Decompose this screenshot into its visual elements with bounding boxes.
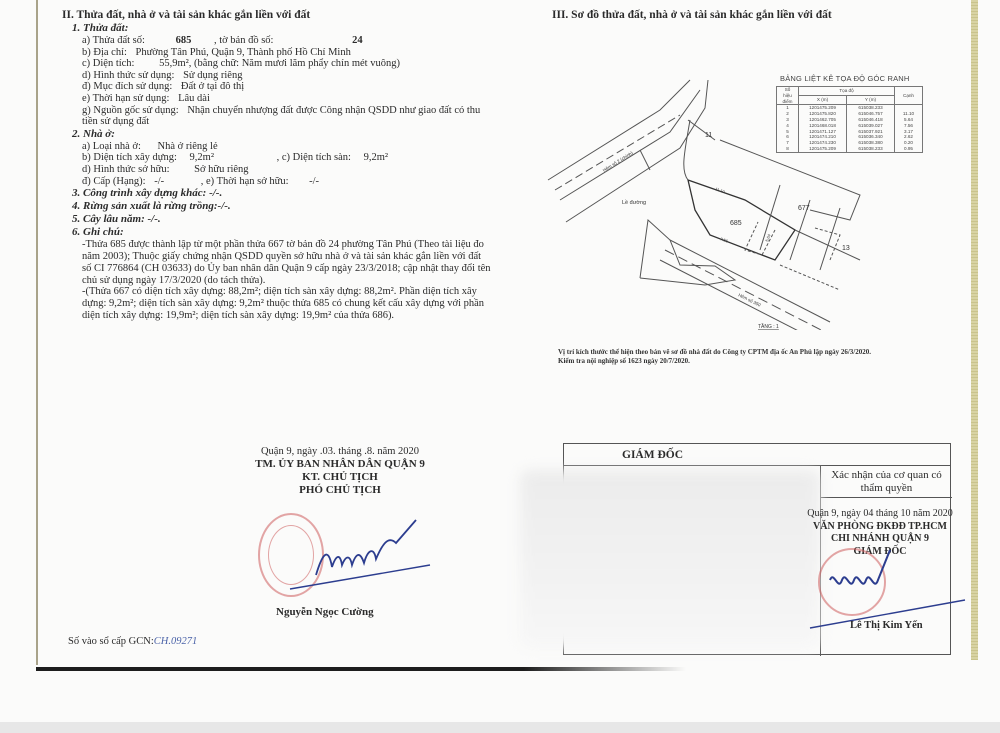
section-ii-title: II. Thửa đất, nhà ở và tài sản khác gắn … xyxy=(62,8,532,22)
map-label-13: 13 xyxy=(842,245,850,252)
signature-right xyxy=(800,540,970,630)
perennial: 5. Cây lâu năm: -/-. xyxy=(72,213,532,226)
map-label-11: 11 xyxy=(705,132,712,139)
use-term-value: Lâu dài xyxy=(178,93,210,104)
diagram-note: Vị trí kích thước thể hiện theo bản vẽ s… xyxy=(558,348,878,366)
sign-title-1: KT. CHỦ TỊCH xyxy=(230,471,450,484)
col-x: X (m) xyxy=(799,96,847,105)
coord-table-body: 11201475.209615038.23321201475.820615046… xyxy=(777,105,923,152)
office-name: VĂN PHÒNG ĐKĐĐ TP.HCM xyxy=(805,521,955,534)
map-label-685: 685 xyxy=(730,220,742,227)
map-label-road-top: Hẻm số 2 (chính) xyxy=(602,150,634,173)
address-label: b) Địa chỉ: xyxy=(82,47,127,58)
address-value: Phường Tân Phú, Quận 9, Thành phố Hồ Chí… xyxy=(136,47,351,58)
grade-label: đ) Cấp (Hạng): xyxy=(82,176,146,187)
certificate-page: II. Thửa đất, nhà ở và tài sản khác gắn … xyxy=(0,0,1000,733)
section-iii: III. Sơ đồ thửa đất, nhà ở và tài sản kh… xyxy=(552,8,962,22)
bottom-rule xyxy=(36,667,686,671)
house-heading: 2. Nhà ở: xyxy=(72,128,532,141)
note-2: -(Thửa 667 có diện tích xây dựng: 88,2m²… xyxy=(82,286,492,321)
origin-line: g) Nguồn gốc sử dụng: Nhận chuyển nhượng… xyxy=(82,105,482,128)
section-iii-title: III. Sơ đồ thửa đất, nhà ở và tài sản kh… xyxy=(552,8,962,22)
land-heading: 1. Thửa đất: xyxy=(72,22,532,35)
gcn-number: CH.09271 xyxy=(154,636,197,647)
parcel-number: 685 xyxy=(176,35,192,46)
sign-date-right: Quận 9, ngày 04 tháng 10 năm 2020 xyxy=(805,508,955,521)
floor-area-value: 9,2m² xyxy=(364,152,388,163)
edge-cell: 0.95 xyxy=(895,146,923,152)
house-type-value: Nhà ở riêng lẻ xyxy=(158,141,218,152)
ownership-value: Sở hữu riêng xyxy=(194,164,248,175)
grade-value: -/- xyxy=(154,176,164,187)
sign-date-left: Quận 9, ngày .03. tháng .8. năm 2020 xyxy=(230,446,450,458)
floor-area-label: , c) Diện tích sàn: xyxy=(277,152,351,163)
redacted-region xyxy=(520,470,820,648)
coord-row: 81201475.209615038.2330.95 xyxy=(777,146,923,152)
use-term-line: e) Thời hạn sử dụng: Lâu dài xyxy=(82,93,532,105)
gcn-register: Số vào sổ cấp GCN:CH.09271 xyxy=(68,636,197,647)
coord-table-title: BẢNG LIỆT KÊ TỌA ĐỘ GÓC RANH xyxy=(780,74,910,83)
address-line: b) Địa chỉ: Phường Tân Phú, Quận 9, Thàn… xyxy=(82,47,532,59)
map-label-677: 677 xyxy=(798,205,810,212)
built-area-label: b) Diện tích xây dựng: xyxy=(82,152,177,163)
house-type-line: a) Loại nhà ở: Nhà ở riêng lẻ xyxy=(82,141,532,153)
y-cell: 615038.233 xyxy=(847,146,895,152)
ownership-line: d) Hình thức sở hữu: Sở hữu riêng xyxy=(82,164,532,176)
signature-left xyxy=(280,515,440,595)
area-line: c) Diện tích: 55,9m², (bằng chữ: Năm mươ… xyxy=(82,58,532,70)
x-cell: 1201475.209 xyxy=(799,146,847,152)
col-y: Y (m) xyxy=(847,96,895,105)
area-value: 55,9m², (bằng chữ: Năm mươi lăm phẩy chí… xyxy=(159,58,400,69)
col-edge: Cạnh xyxy=(895,87,923,105)
other-works: 3. Công trình xây dựng khác: -/-. xyxy=(72,187,532,200)
map-label-sidewalk: Lề đường xyxy=(622,200,646,206)
use-form-label: d) Hình thức sử dụng: xyxy=(82,70,174,81)
sign-title-2: PHÓ CHỦ TỊCH xyxy=(230,484,450,497)
col-point: Số hiệu điểm xyxy=(777,87,799,105)
note-1: -Thửa 685 được thành lập từ một phần thử… xyxy=(82,239,492,286)
area-label: c) Diện tích: xyxy=(82,58,134,69)
page-left-edge xyxy=(36,0,38,665)
own-term-label: , e) Thời hạn sở hữu: xyxy=(201,176,289,187)
signer-left: Nguyễn Ngọc Cường xyxy=(276,606,374,618)
section-ii: II. Thửa đất, nhà ở và tài sản khác gắn … xyxy=(62,8,532,322)
col-coord: Tọa độ xyxy=(799,87,895,96)
parcel-label: a) Thửa đất số: xyxy=(82,35,145,46)
built-area-line: b) Diện tích xây dựng: 9,2m² , c) Diện t… xyxy=(82,152,532,164)
use-form-line: d) Hình thức sử dụng: Sử dụng riêng xyxy=(82,70,532,82)
map-sheet-label: , tờ bản đồ số: xyxy=(214,35,274,46)
house-type-label: a) Loại nhà ở: xyxy=(82,141,141,152)
background-edge xyxy=(0,722,1000,733)
map-label-floor: TẦNG : 1 xyxy=(758,323,779,330)
grade-line: đ) Cấp (Hạng): -/- , e) Thời hạn sở hữu:… xyxy=(82,176,532,188)
authority-header: Xác nhận của cơ quan có thẩm quyền xyxy=(821,466,952,498)
ownership-label: d) Hình thức sở hữu: xyxy=(82,164,170,175)
section-iv-title: GIÁM ĐỐC xyxy=(564,444,950,466)
use-term-label: e) Thời hạn sử dụng: xyxy=(82,93,169,104)
use-purpose-value: Đất ở tại đô thị xyxy=(181,81,244,92)
origin-label: g) Nguồn gốc sử dụng: xyxy=(82,105,179,116)
use-form-value: Sử dụng riêng xyxy=(183,70,242,81)
use-purpose-line: đ) Mục đích sử dụng: Đất ở tại đô thị xyxy=(82,81,532,93)
notes-heading: 6. Ghi chú: xyxy=(72,226,532,239)
signature-block-left: Quận 9, ngày .03. tháng .8. năm 2020 TM.… xyxy=(230,446,450,497)
built-area-value: 9,2m² xyxy=(190,152,214,163)
forest: 4. Rừng sản xuất là rừng trồng:-/-. xyxy=(72,200,532,213)
map-label-road-bottom: Hẻm số 350 xyxy=(738,292,762,307)
parcel-line: a) Thửa đất số: 685 , tờ bản đồ số: 24 xyxy=(82,35,532,47)
sign-org: TM. ỦY BAN NHÂN DÂN QUẬN 9 xyxy=(230,458,450,471)
gcn-label: Số vào sổ cấp GCN: xyxy=(68,636,154,647)
edge-bottom: 7.56 xyxy=(720,236,730,244)
point-cell: 8 xyxy=(777,146,799,152)
map-sheet-number: 24 xyxy=(352,35,363,46)
page-right-edge-strip xyxy=(971,0,978,660)
own-term-value: -/- xyxy=(309,176,319,187)
coord-table: Số hiệu điểm Tọa độ Cạnh X (m) Y (m) 112… xyxy=(776,86,923,153)
signer-right: Lê Thị Kim Yến xyxy=(850,620,923,631)
use-purpose-label: đ) Mục đích sử dụng: xyxy=(82,81,172,92)
